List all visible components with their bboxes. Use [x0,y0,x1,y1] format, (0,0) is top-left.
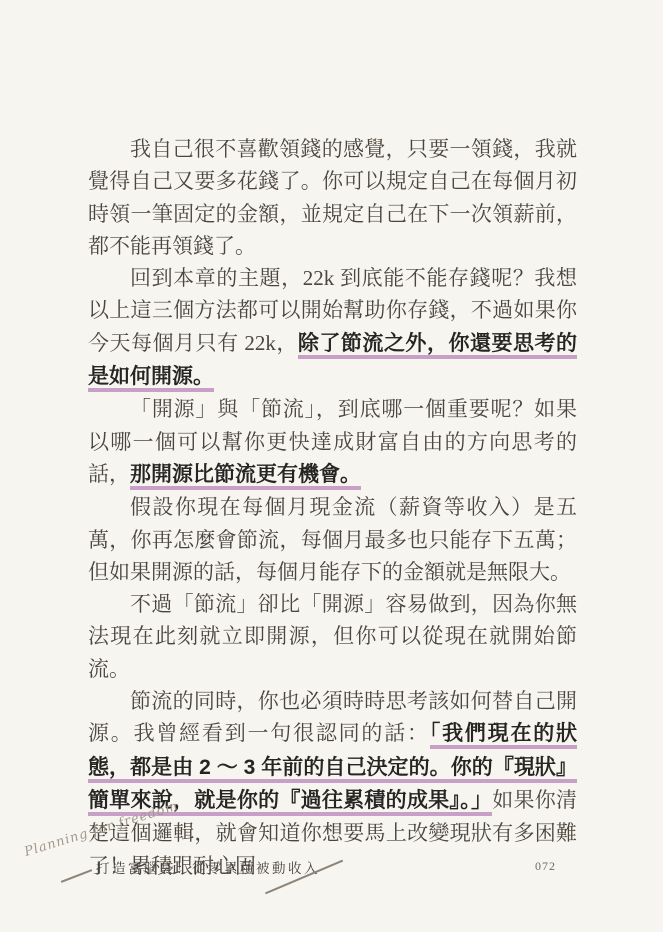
paragraph-text: 我自己很不喜歡領錢的感覺，只要一領錢，我就覺得自己又要多花錢了。你可以規定自己在… [88,137,577,258]
paragraph: 假設你現在每個月現金流（薪資等收入）是五萬，你再怎麼會節流，每個月最多也只能存下… [88,491,577,588]
highlighted-phrase: 那開源比節流更有機會。 [130,463,361,490]
paragraph: 「開源」與「節流」，到底哪一個重要呢？如果以哪一個可以幫你更快達成財富自由的方向… [88,393,577,491]
paragraph: 不過「節流」卻比「開源」容易做到，因為你無法現在此刻就立即開源，但你可以從現在就… [88,588,577,685]
paragraph: 節流的同時，你也必須時時思考該如何替自己開源。我曾經看到一句很認同的話：「我們現… [88,685,577,882]
paragraph-text: 假設你現在每個月現金流（薪資等收入）是五萬，你再怎麼會節流，每個月最多也只能存下… [88,495,577,584]
paragraph-text: 不過「節流」卻比「開源」容易做到，因為你無法現在此刻就立即開源，但你可以從現在就… [88,592,577,681]
book-title: 打造富腦袋！從零累積被動收入 [96,857,320,877]
body-text: 我自己很不喜歡領錢的感覺，只要一領錢，我就覺得自己又要多花錢了。你可以規定自己在… [88,133,577,882]
paragraph: 回到本章的主題，22k 到底能不能存錢呢？我想以上這三個方法都可以開始幫助你存錢… [88,262,577,393]
page-number: 072 [535,859,556,874]
book-page: 我自己很不喜歡領錢的感覺，只要一領錢，我就覺得自己又要多花錢了。你可以規定自己在… [0,0,663,932]
paragraph: 我自己很不喜歡領錢的感覺，只要一領錢，我就覺得自己又要多花錢了。你可以規定自己在… [88,133,577,262]
